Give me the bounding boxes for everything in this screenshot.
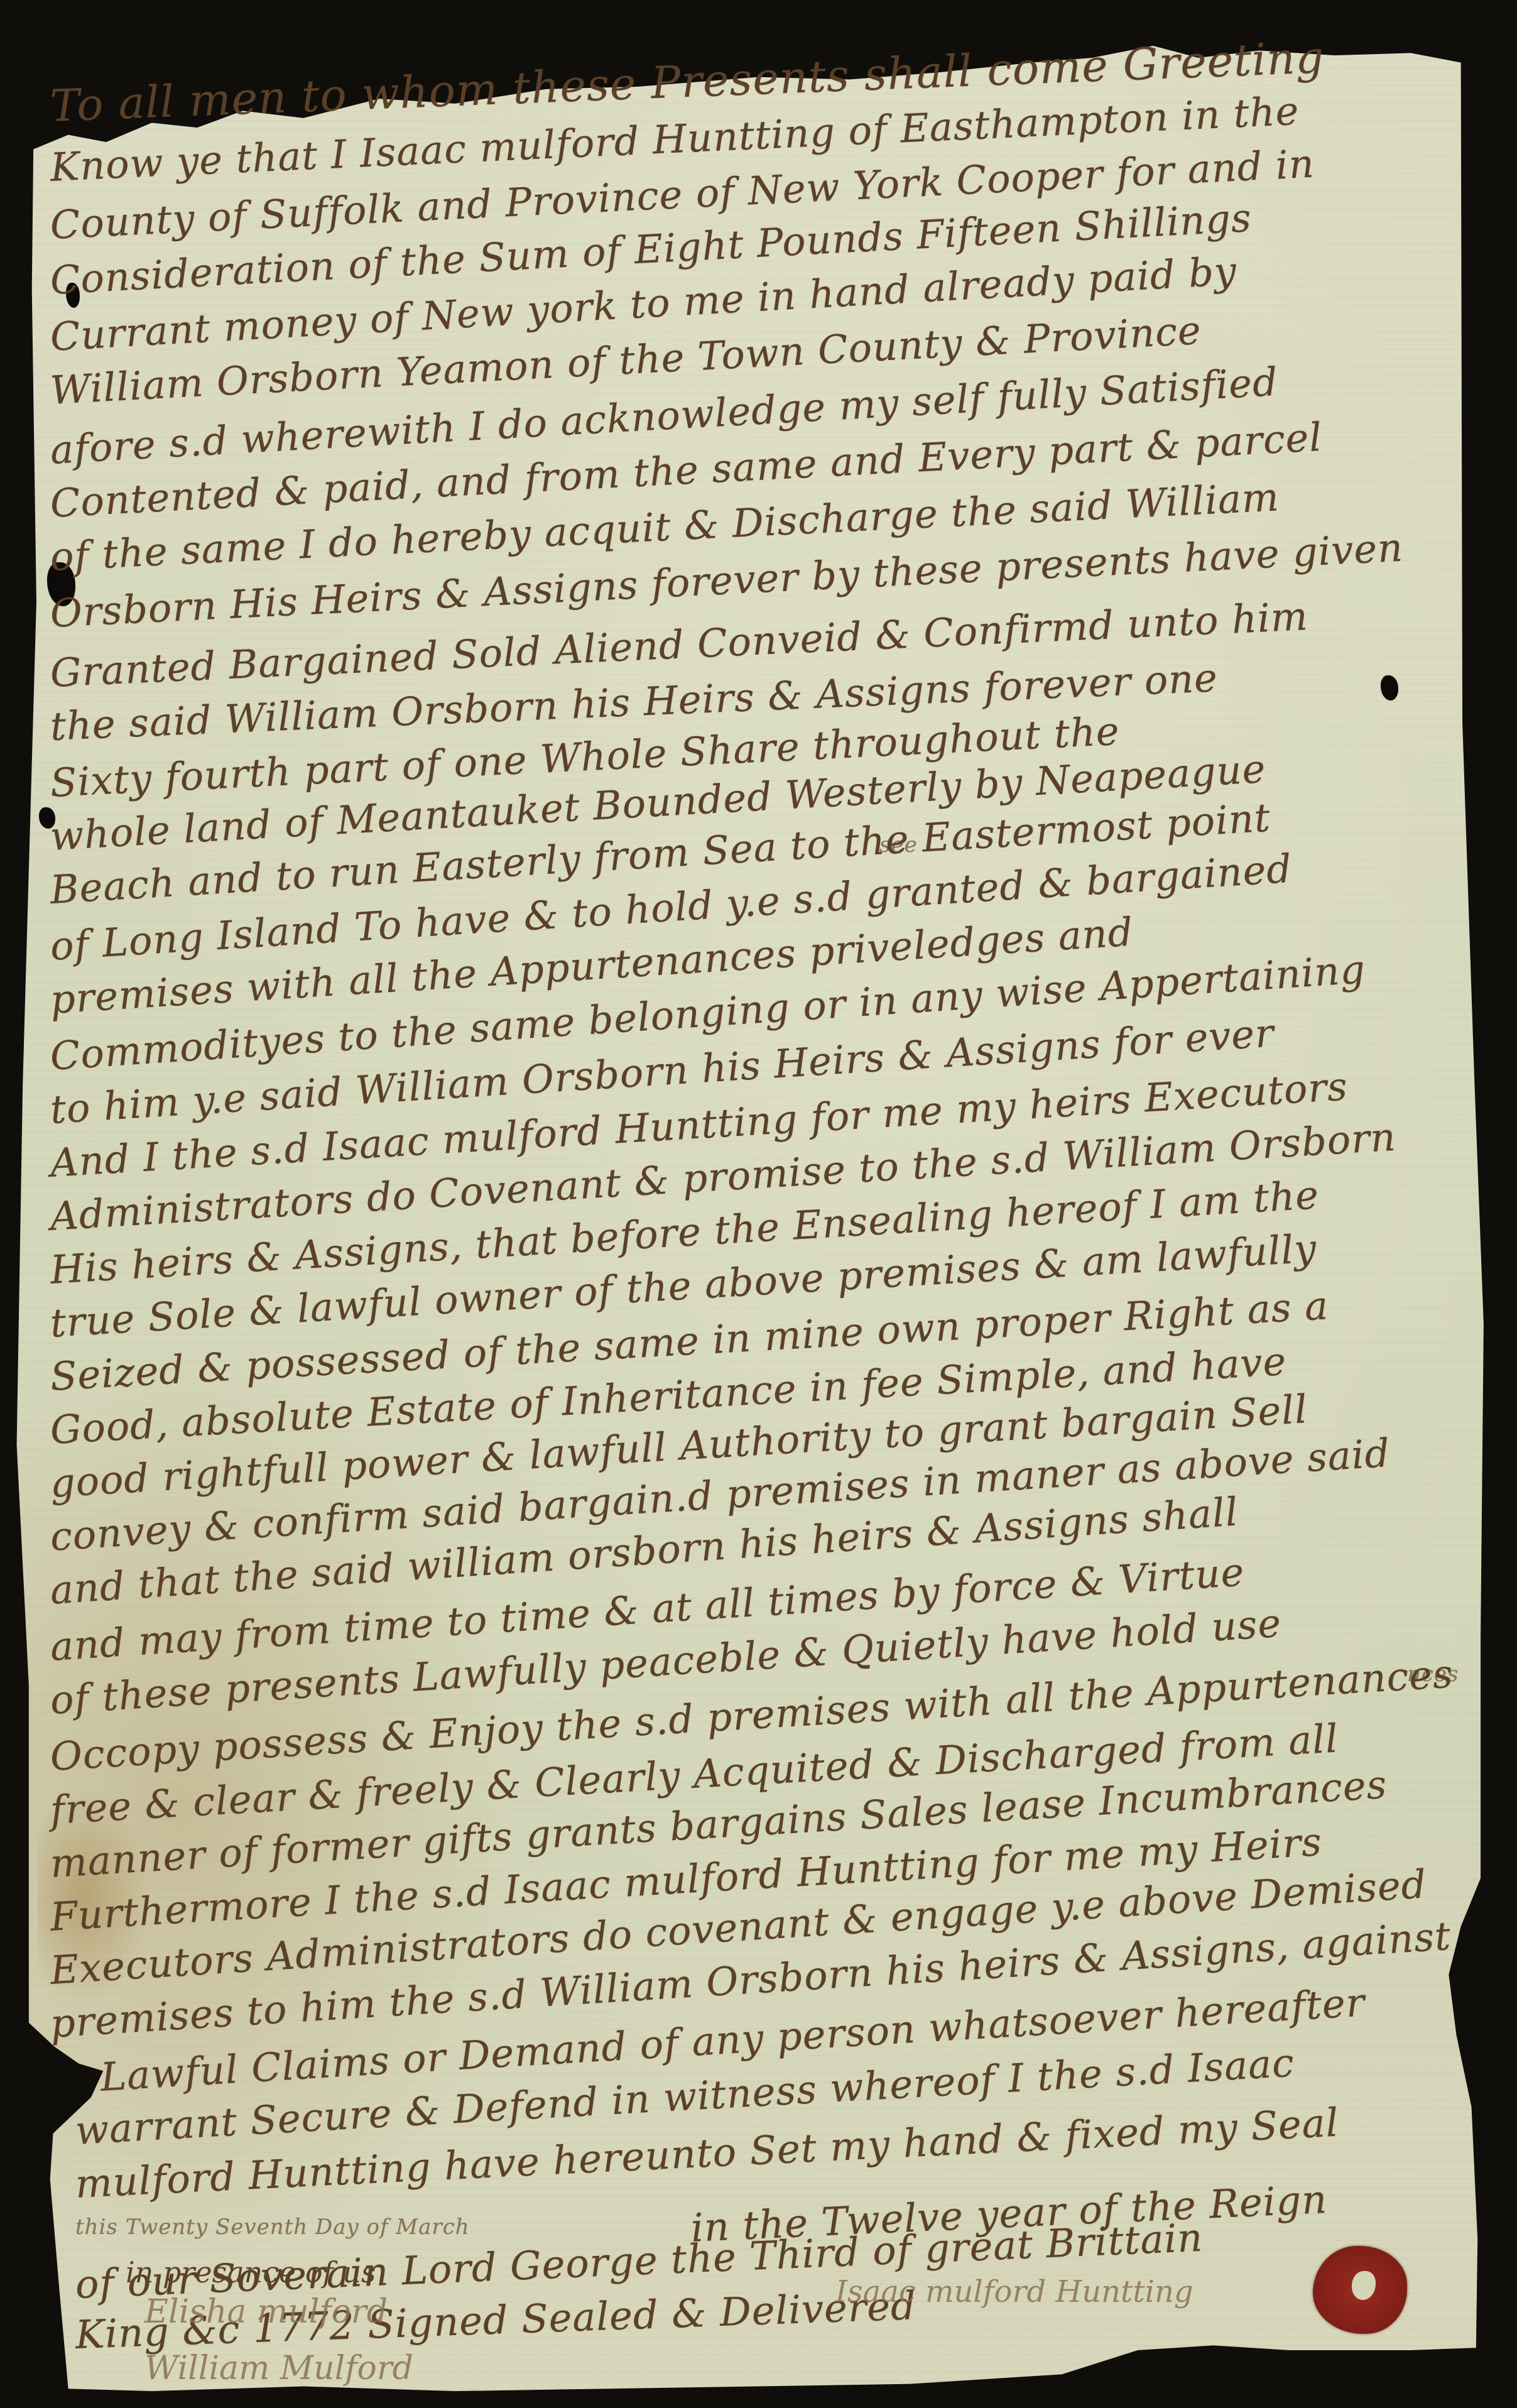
interlinear-note: see — [879, 832, 918, 858]
grantor-signature: Isaac mulford Huntting — [835, 2274, 1193, 2309]
document-scan: To all men to whom these Presents shall … — [0, 0, 1517, 2408]
date-note: this Twenty Seventh Day of March — [75, 2215, 470, 2240]
witness-signature: William Mulford — [144, 2350, 413, 2387]
attestation-label: in presance of us — [126, 2255, 376, 2289]
wax-seal — [1313, 2246, 1407, 2334]
witness-signature: Elisha mulford — [144, 2293, 388, 2331]
